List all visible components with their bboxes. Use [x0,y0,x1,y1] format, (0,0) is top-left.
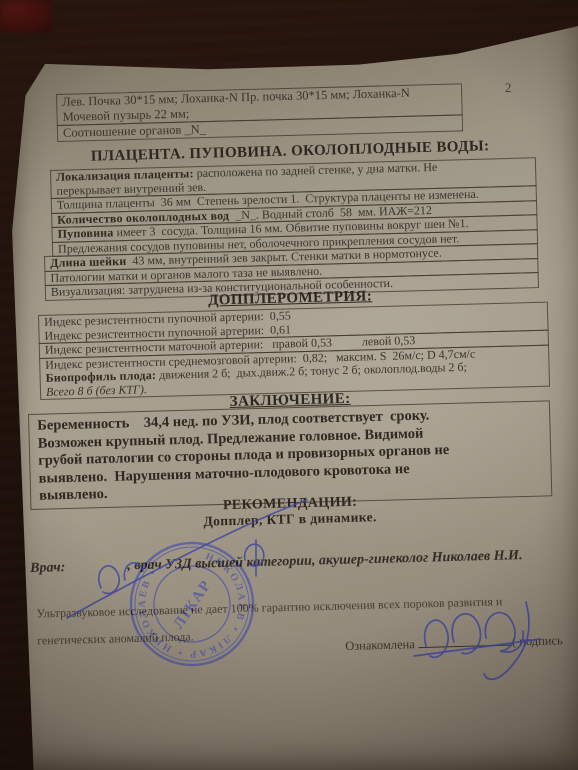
organs-row2-text: Мочевой пузырь 22 мм; [62,107,189,124]
row-lead: Длина шейки [50,254,127,270]
organs-row1-text: Лев. Почка 30*15 мм; Лоханка-N Пр. почка… [62,86,410,109]
organs-table: Лев. Почка 30*15 мм; Лоханка-N Пр. почка… [56,83,463,142]
document-content: 2 Лев. Почка 30*15 мм; Лоханка-N Пр. поч… [0,0,578,770]
placenta-table: Локализация плаценты: расположена по зад… [50,157,538,257]
photo-of-ultrasound-report: 2 Лев. Почка 30*15 мм; Лоханка-N Пр. поч… [0,0,578,770]
patient-signature [402,596,557,711]
row-text: расположена по задней стенке, у дна матк… [193,160,437,180]
page-number: 2 [505,80,512,96]
row-lead: Пуповина [57,225,113,240]
organs-row3-text: Соотношение органов _N_ [63,122,206,140]
doppler-table: Индекс резистентности пупочной артерии: … [38,302,550,400]
doctor-signature [55,488,315,648]
